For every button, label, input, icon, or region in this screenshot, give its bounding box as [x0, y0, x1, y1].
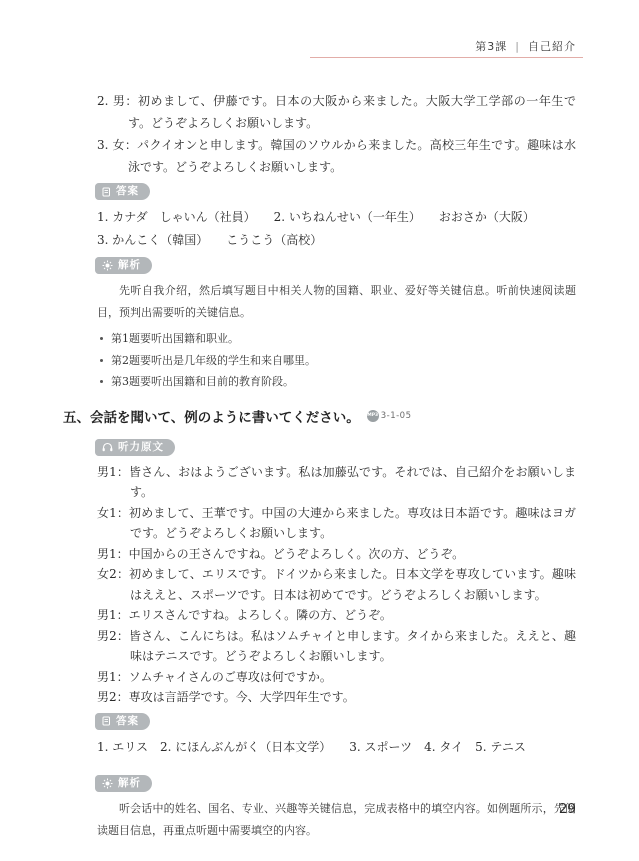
exercise5-heading-text: 五、会話を聞いて、例のように書いてください。 [63, 406, 360, 426]
analysis-badge: 解析 [95, 257, 152, 274]
chapter-label: 第3課 [475, 38, 507, 54]
answer-line: 1. エリス 2. にほんぶんがく（日本文学） 3. スポーツ 4. タイ 5.… [97, 736, 576, 759]
analysis-badge-label: 解析 [118, 778, 141, 789]
transcript-badge: 听力原文 [95, 439, 175, 456]
answer-badge: 答案 [95, 713, 150, 730]
transcript-badge-row: 听力原文 [95, 439, 576, 456]
script-line: 2. 男：初めまして、伊藤です。日本の大阪から来ました。大阪大学工学部の一年生で… [97, 90, 576, 134]
dialogue-line: 男2：皆さん、こんにちは。私はソムチャイと申します。タイから来ました。ええと、趣… [97, 626, 576, 667]
answer-badge-label: 答案 [116, 716, 139, 727]
answer-badge-row-1: 答案 [95, 183, 576, 200]
headphones-icon [102, 442, 113, 452]
answer-badge: 答案 [95, 183, 150, 200]
exercise5-dialogue: 男1：皆さん、おはようございます。私は加藤弘です。それでは、自己紹介をお願いしま… [97, 462, 576, 708]
running-head: 第3課 | 自己紹介 [475, 38, 576, 54]
dialogue-line: 男1：ソムチャイさんのご専攻は何ですか。 [97, 667, 576, 688]
exercise5-analysis-text: 听会话中的姓名、国名、专业、兴趣等关键信息，完成表格中的填空内容。如例题所示，先… [97, 798, 576, 842]
mp3-icon: MP3 [367, 410, 379, 422]
page-number: 29 [559, 801, 576, 817]
answer-line: 1. カナダ しゃいん（社員） 2. いちねんせい（一年生） おおさか（大阪） [97, 206, 576, 229]
answer-line: 3. かんこく（韓国） こうこう（高校） [97, 229, 576, 252]
analysis-badge-row-1: 解析 [95, 257, 576, 274]
exercise4-analysis-text: 先听自我介绍，然后填写题目中相关人物的国籍、职业、爱好等关键信息。听前快速阅读题… [97, 280, 576, 324]
answer-badge-row-2: 答案 [95, 713, 576, 730]
bullet-item: 第2题要听出是几年级的学生和来自哪里。 [97, 350, 576, 372]
exercise4-analysis-bullets: 第1题要听出国籍和职业。第2题要听出是几年级的学生和来自哪里。第3题要听出国籍和… [97, 328, 576, 393]
textbook-page: 第3課 | 自己紹介 2. 男：初めまして、伊藤です。日本の大阪から来ました。大… [0, 0, 639, 861]
transcript-badge-label: 听力原文 [118, 442, 164, 453]
exercise4-answers: 1. カナダ しゃいん（社員） 2. いちねんせい（一年生） おおさか（大阪）3… [97, 206, 576, 252]
page-content: 2. 男：初めまして、伊藤です。日本の大阪から来ました。大阪大学工学部の一年生で… [97, 90, 576, 842]
script-line: 3. 女：パクイオンと申します。韓国のソウルから来ました。高校三年生です。趣味は… [97, 134, 576, 178]
audio-tag: MP3 3-1-05 [367, 410, 412, 422]
dialogue-line: 男1：皆さん、おはようございます。私は加藤弘です。それでは、自己紹介をお願いしま… [97, 462, 576, 503]
audio-track-number: 3-1-05 [381, 411, 412, 421]
bulb-icon [102, 260, 113, 271]
dialogue-line: 男1：エリスさんですね。よろしく。隣の方、どうぞ。 [97, 605, 576, 626]
bulb-icon [102, 778, 113, 789]
memo-icon [102, 716, 111, 726]
exercise4-script-lines: 2. 男：初めまして、伊藤です。日本の大阪から来ました。大阪大学工学部の一年生で… [97, 90, 576, 178]
bullet-item: 第1题要听出国籍和职业。 [97, 328, 576, 350]
bullet-item: 第3题要听出国籍和目前的教育阶段。 [97, 371, 576, 393]
exercise5-answers: 1. エリス 2. にほんぶんがく（日本文学） 3. スポーツ 4. タイ 5.… [97, 736, 576, 759]
analysis-badge: 解析 [95, 775, 152, 792]
header-divider: | [515, 40, 520, 53]
dialogue-line: 女2：初めまして、エリスです。ドイツから来ました。日本文学を専攻しています。趣味… [97, 564, 576, 605]
answer-badge-label: 答案 [116, 186, 139, 197]
header-rule [310, 57, 583, 58]
chapter-title: 自己紹介 [528, 38, 576, 54]
dialogue-line: 男1：中国からの王さんですね。どうぞよろしく。次の方、どうぞ。 [97, 544, 576, 565]
dialogue-line: 男2：専攻は言語学です。今、大学四年生です。 [97, 687, 576, 708]
exercise5-heading: 五、会話を聞いて、例のように書いてください。 MP3 3-1-05 [63, 406, 576, 426]
dialogue-line: 女1：初めまして、王華です。中国の大連から来ました。専攻は日本語です。趣味はヨガ… [97, 503, 576, 544]
analysis-badge-label: 解析 [118, 260, 141, 271]
analysis-badge-row-2: 解析 [95, 775, 576, 792]
memo-icon [102, 187, 111, 197]
